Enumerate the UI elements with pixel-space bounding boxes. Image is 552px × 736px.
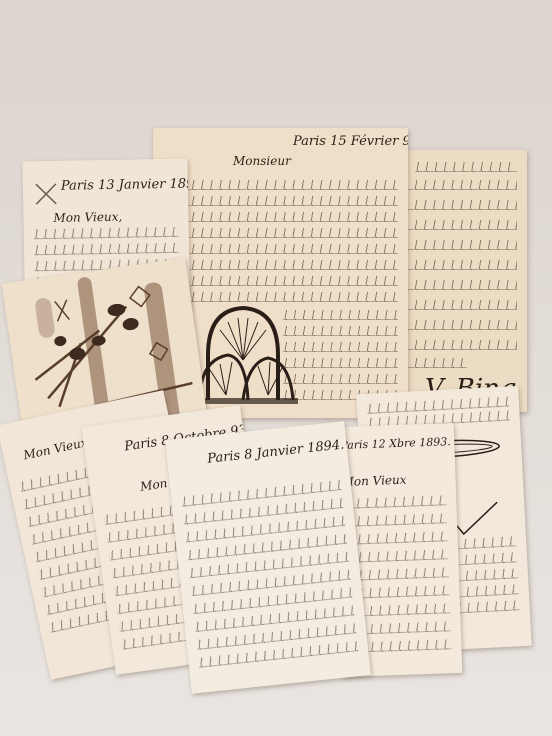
handwriting-lines — [165, 421, 371, 693]
letter-jan-8-1894: Paris 8 Janvier 1894. — [165, 421, 371, 693]
photo-scene: V. Bing Paris 15 Février 94. Monsieur — [0, 0, 552, 736]
trellis-sketch — [198, 300, 298, 405]
